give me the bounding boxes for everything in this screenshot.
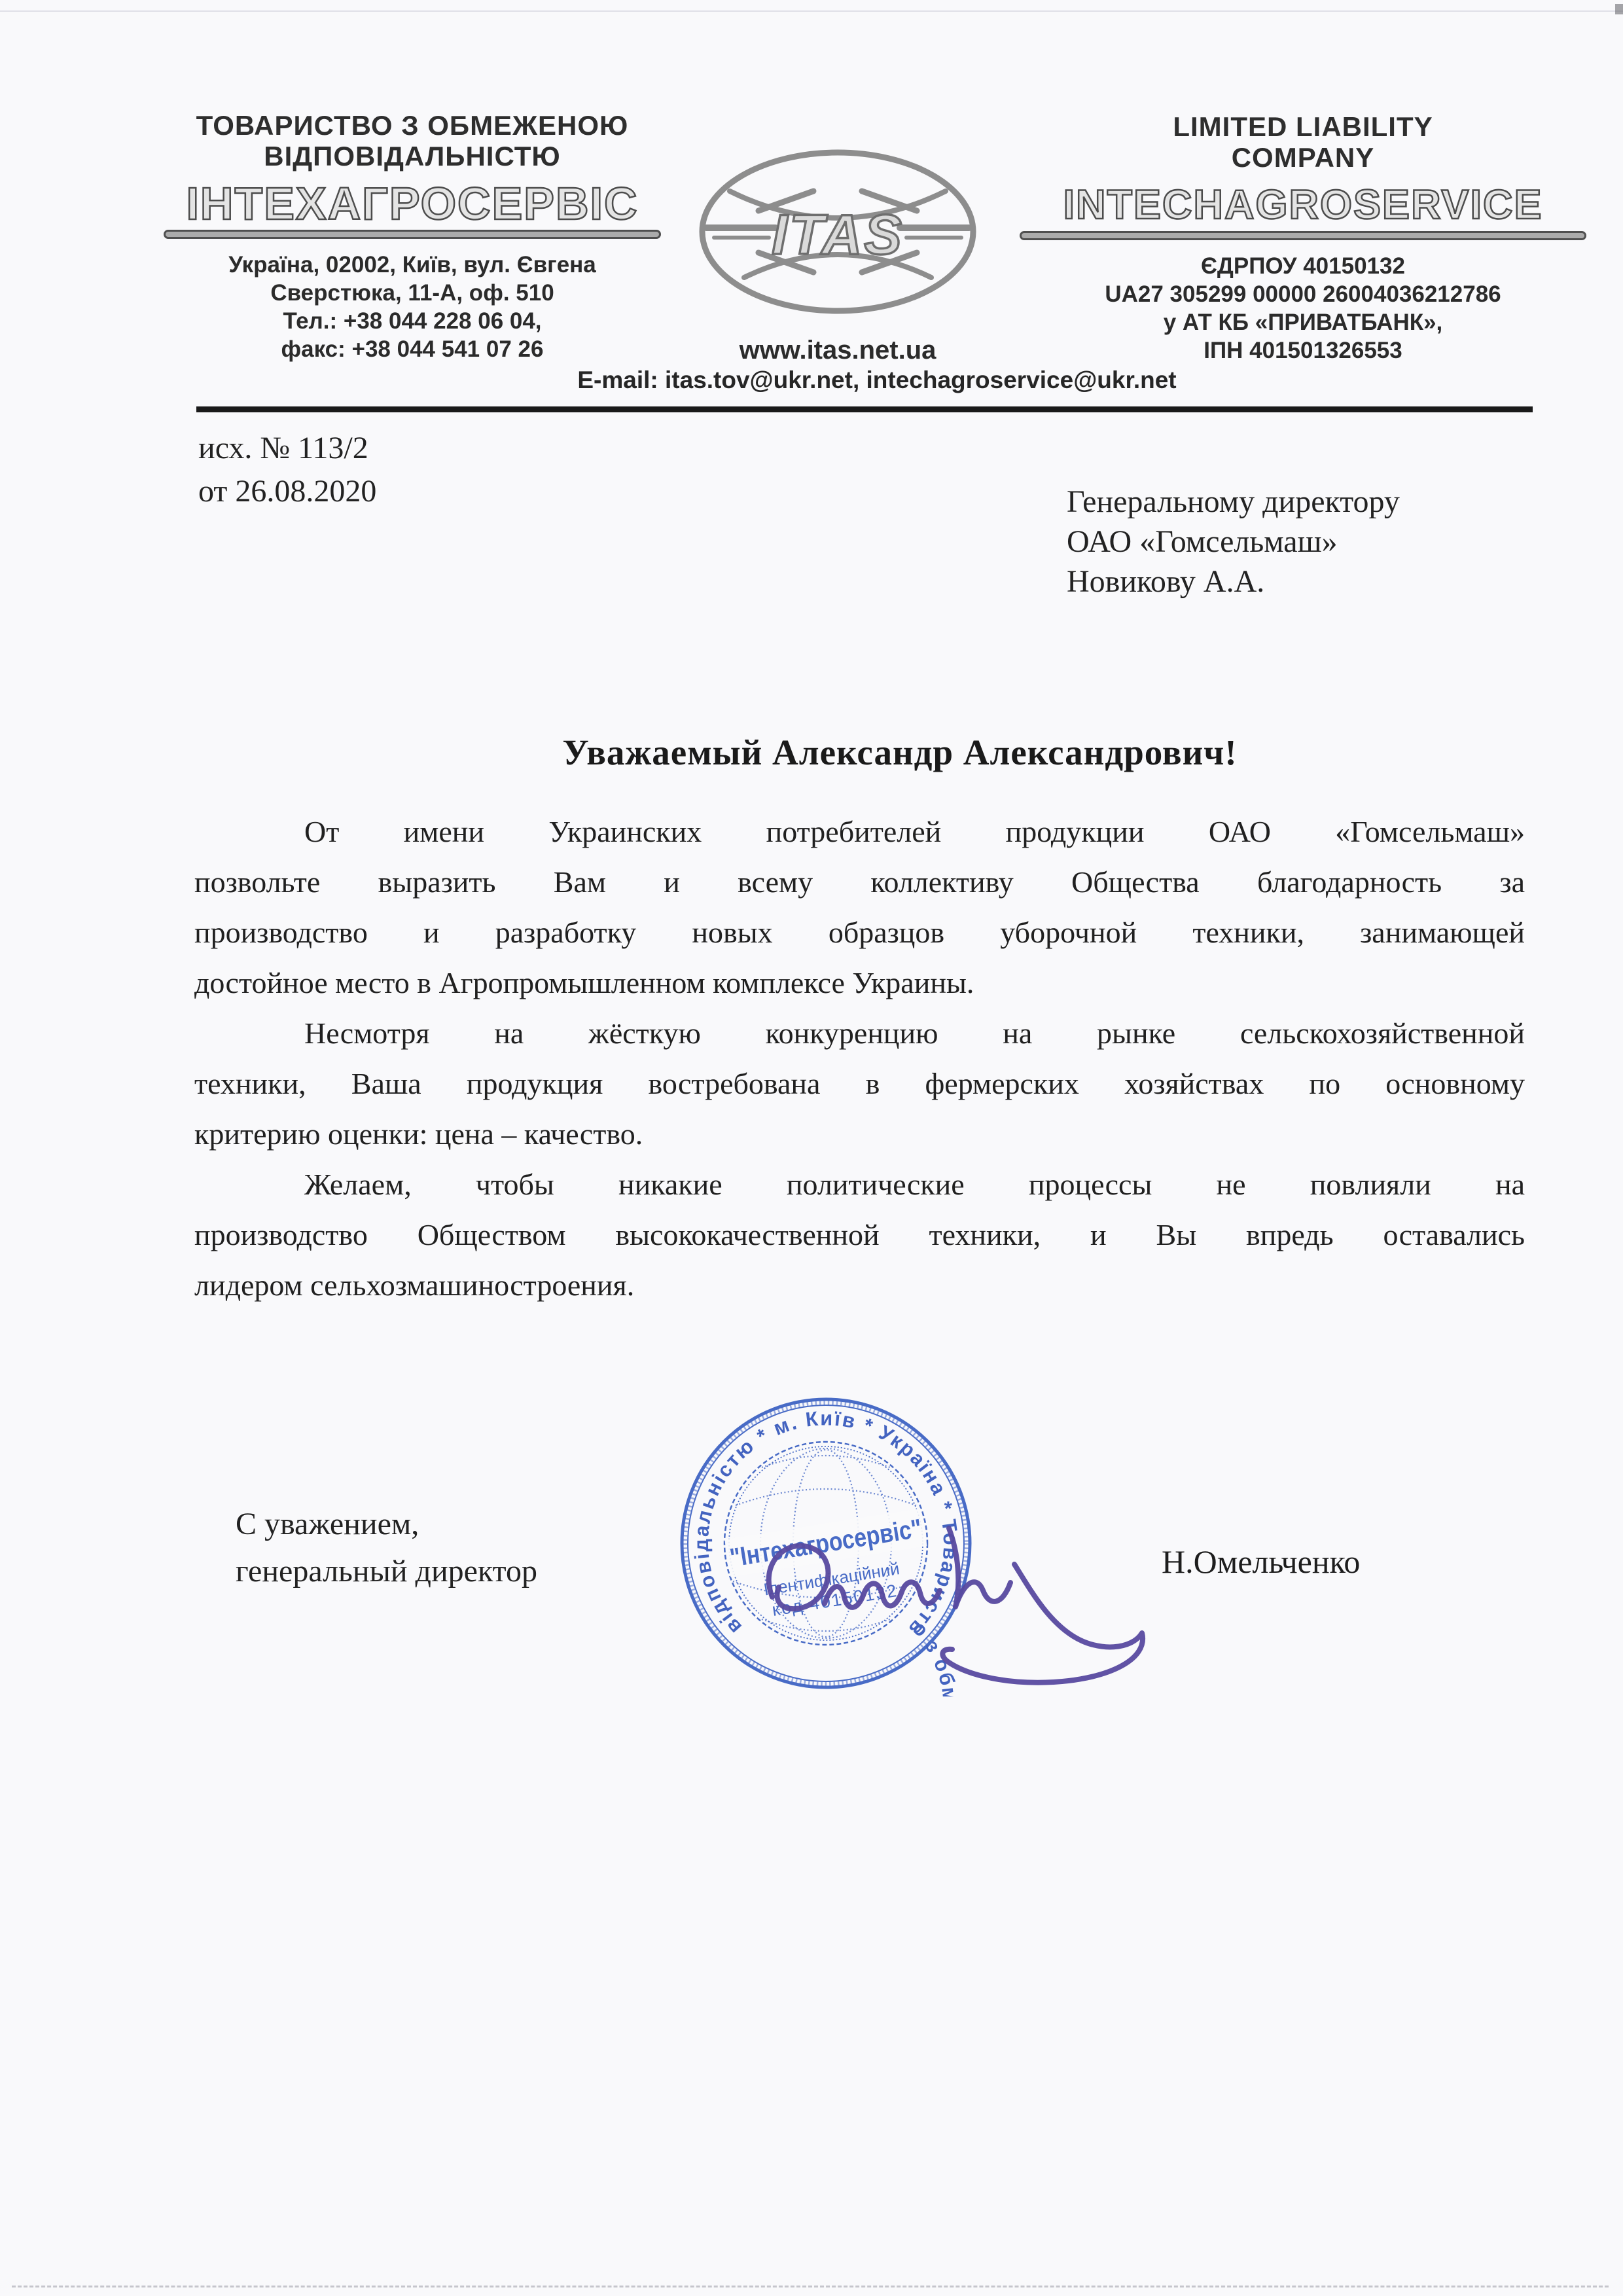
body-line: достойное место в Агропромышленном компл… bbox=[194, 958, 1525, 1008]
edrpou-line: ЄДРПОУ 40150132 bbox=[1020, 252, 1586, 280]
signer-name: Н.Омельченко bbox=[1162, 1543, 1360, 1581]
addressee-line: ОАО «Гомсельмаш» bbox=[1067, 522, 1400, 562]
wordmark-underline bbox=[164, 230, 661, 239]
salutation: Уважаемый Александр Александрович! bbox=[245, 732, 1554, 773]
body-line: производство Обществом высококачественно… bbox=[194, 1210, 1525, 1260]
reference-block: исх. № 113/2 от 26.08.2020 bbox=[198, 427, 376, 513]
org-type-line: ВІДПОВІДАЛЬНІСТЮ bbox=[164, 141, 661, 171]
ipn-line: ІПН 401501326553 bbox=[1020, 336, 1586, 365]
body-line: Несмотря на жёсткую конкуренцию на рынке… bbox=[194, 1008, 1525, 1058]
addressee-line: Новикову А.А. bbox=[1067, 562, 1400, 601]
wordmark-intehagroservis: ІНТЕХАГРОСЕРВІС bbox=[164, 181, 661, 226]
addressee-block: Генеральному директору ОАО «Гомсельмаш» … bbox=[1067, 482, 1400, 601]
body-line: От имени Украинских потребителей продукц… bbox=[194, 806, 1525, 857]
phone-line: Тел.: +38 044 228 06 04, bbox=[164, 307, 661, 335]
address-line: Україна, 02002, Київ, вул. Євгена bbox=[164, 251, 661, 279]
body-line: критерию оценки: цена – качество. bbox=[194, 1109, 1525, 1159]
paragraph: От имени Украинских потребителей продукц… bbox=[194, 806, 1525, 1008]
itas-logo-text: ITAS bbox=[772, 204, 904, 266]
signature-stroke bbox=[769, 1528, 1143, 1683]
body-line: лидером сельхозмашиностроения. bbox=[194, 1260, 1525, 1310]
scanned-letter-page: ТОВАРИСТВО З ОБМЕЖЕНОЮ ВІДПОВІДАЛЬНІСТЮ … bbox=[0, 0, 1623, 2296]
itas-globe-logo: ITAS bbox=[697, 149, 978, 314]
outgoing-number: исх. № 113/2 bbox=[198, 427, 376, 470]
scan-artifact-top-line bbox=[0, 10, 1623, 12]
letterhead-divider-rule bbox=[196, 406, 1533, 412]
letterhead-right-block: LIMITED LIABILITY COMPANY INTECHAGROSERV… bbox=[1020, 111, 1586, 365]
closing-block: С уважением, генеральный директор bbox=[236, 1501, 537, 1595]
body-line: Желаем, чтобы никакие политические проце… bbox=[194, 1159, 1525, 1210]
email-line: E-mail: itas.tov@ukr.net, intechagroserv… bbox=[550, 367, 1204, 394]
org-type-line-en: COMPANY bbox=[1020, 142, 1586, 173]
address-line: Сверстюка, 11-А, оф. 510 bbox=[164, 279, 661, 307]
letter-body: От имени Украинских потребителей продукц… bbox=[194, 806, 1525, 1310]
scan-artifact-corner-mark bbox=[1615, 4, 1623, 14]
bank-line: у АТ КБ «ПРИВАТБАНК», bbox=[1020, 308, 1586, 336]
paragraph: Несмотря на жёсткую конкуренцию на рынке… bbox=[194, 1008, 1525, 1159]
body-line: позвольте выразить Вам и всему коллектив… bbox=[194, 857, 1525, 907]
iban-line: UA27 305299 00000 26004036212786 bbox=[1020, 280, 1586, 308]
org-type-line: ТОВАРИСТВО З ОБМЕЖЕНОЮ bbox=[164, 110, 661, 141]
closing-regards: С уважением, bbox=[236, 1501, 537, 1548]
body-line: производство и разработку новых образцов… bbox=[194, 907, 1525, 958]
paragraph: Желаем, чтобы никакие политические проце… bbox=[194, 1159, 1525, 1310]
closing-position: генеральный директор bbox=[236, 1548, 537, 1595]
scan-artifact-bottom-line bbox=[12, 2286, 1609, 2287]
body-line: техники, Ваша продукция востребована в ф… bbox=[194, 1058, 1525, 1109]
org-type-line-en: LIMITED LIABILITY bbox=[1020, 111, 1586, 142]
letter-date: от 26.08.2020 bbox=[198, 470, 376, 513]
wordmark-intechagroservice: INTECHAGROSERVICE bbox=[1020, 182, 1586, 228]
addressee-line: Генеральному директору bbox=[1067, 482, 1400, 522]
handwritten-signature bbox=[733, 1499, 1165, 1689]
fax-line: факс: +38 044 541 07 26 bbox=[164, 335, 661, 363]
wordmark-underline bbox=[1020, 231, 1586, 240]
letterhead-left-block: ТОВАРИСТВО З ОБМЕЖЕНОЮ ВІДПОВІДАЛЬНІСТЮ … bbox=[164, 110, 661, 363]
website-url: www.itas.net.ua bbox=[697, 336, 978, 365]
